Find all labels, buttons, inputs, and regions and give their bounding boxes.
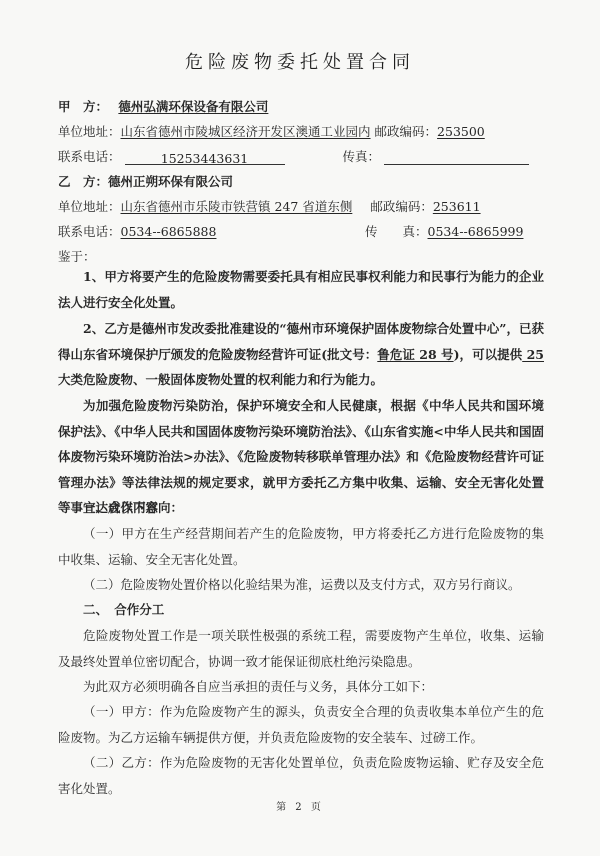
section-2-heading: 二、 合作分工	[58, 597, 544, 623]
party-a-fax-label: 传真：	[342, 149, 380, 164]
clause-1: 1、甲方将要产生的危险废物需要委托具有相应民事权利能力和民事行为能力的企业法人进…	[58, 264, 544, 315]
party-b-postcode-label: 邮政编码：	[370, 199, 433, 214]
contract-page: 危险废物委托处置合同 甲 方： 德州弘满环保设备有限公司 单位地址：山东省德州市…	[0, 0, 600, 856]
section-2-item-2: （二）乙方：作为危险废物的无害化处置单位，负责危险废物运输、贮存及安全危害化处置…	[58, 750, 544, 801]
clause-2: 2、乙方是德州市发改委批准建设的“德州市环境保护固体废物综合处置中心”，已获得山…	[58, 316, 544, 393]
party-a-phone: 15253443631	[125, 151, 285, 165]
section-1-item-1: （一）甲方在生产经营期间若产生的危险废物，甲方将委托乙方进行危险废物的集中收集、…	[58, 521, 544, 572]
party-a-postcode-label: 邮政编码：	[375, 124, 438, 139]
party-b-label: 乙 方：	[58, 174, 108, 189]
license-number: 鲁危证 28 号	[377, 347, 453, 362]
party-b-contact-row: 联系电话：0534--6865888 传 真：0534--6865999	[58, 224, 520, 240]
page-number: 第 2 页	[0, 798, 600, 813]
party-b-row: 乙 方：德州正朔环保有限公司	[58, 174, 233, 190]
section-2-intro-2: 为此双方必须明确各自应当承担的责任与义务，具体分工如下：	[58, 674, 544, 700]
party-a-contact-row: 联系电话： 15253443631 传真：	[58, 149, 529, 165]
party-b-phone-label: 联系电话：	[58, 224, 121, 239]
document-title: 危险废物委托处置合同	[0, 48, 600, 74]
party-b-fax: 0534--6865999	[428, 224, 524, 239]
section-1-item-2: （二）危险废物处置价格以化验结果为准，运费以及支付方式，双方另行商议。	[58, 572, 544, 598]
party-a-address: 山东省德州市陵城区经济开发区澳通工业园内	[121, 124, 371, 139]
party-b-postcode: 253611	[433, 199, 481, 214]
party-b-fax-label: 传 真：	[365, 224, 428, 239]
party-a-label: 甲 方：	[58, 99, 108, 114]
party-a-name: 德州弘满环保设备有限公司	[112, 99, 274, 114]
section-2-intro: 危险废物处置工作是一项关联性极强的系统工程，需要废物产生单位，收集、运输及最终处…	[58, 623, 544, 674]
whereas-label: 鉴于：	[58, 249, 96, 265]
party-a-postcode: 253500	[437, 124, 485, 139]
party-b-address-label: 单位地址：	[58, 199, 121, 214]
section-2-item-1: （一）甲方：作为危险废物产生的源头，负责安全合理的负责收集本单位产生的危险废物。…	[58, 699, 544, 750]
section-1-heading: 一、合作内容	[58, 495, 544, 521]
party-a-address-row: 单位地址：山东省德州市陵城区经济开发区澳通工业园内邮政编码：253500	[58, 124, 485, 140]
party-b-name: 德州正朔环保有限公司	[108, 174, 233, 189]
party-a-fax	[384, 151, 529, 165]
party-a-address-label: 单位地址：	[58, 124, 121, 139]
waste-category-count: 25	[522, 347, 544, 362]
party-a-row: 甲 方： 德州弘满环保设备有限公司	[58, 99, 274, 115]
party-b-address: 山东省德州市乐陵市铁营镇 247 省道东侧	[121, 199, 353, 214]
party-a-phone-label: 联系电话：	[58, 149, 121, 164]
party-b-phone: 0534--6865888	[121, 224, 217, 239]
party-b-address-row: 单位地址：山东省德州市乐陵市铁营镇 247 省道东侧邮政编码：253611	[58, 199, 481, 215]
